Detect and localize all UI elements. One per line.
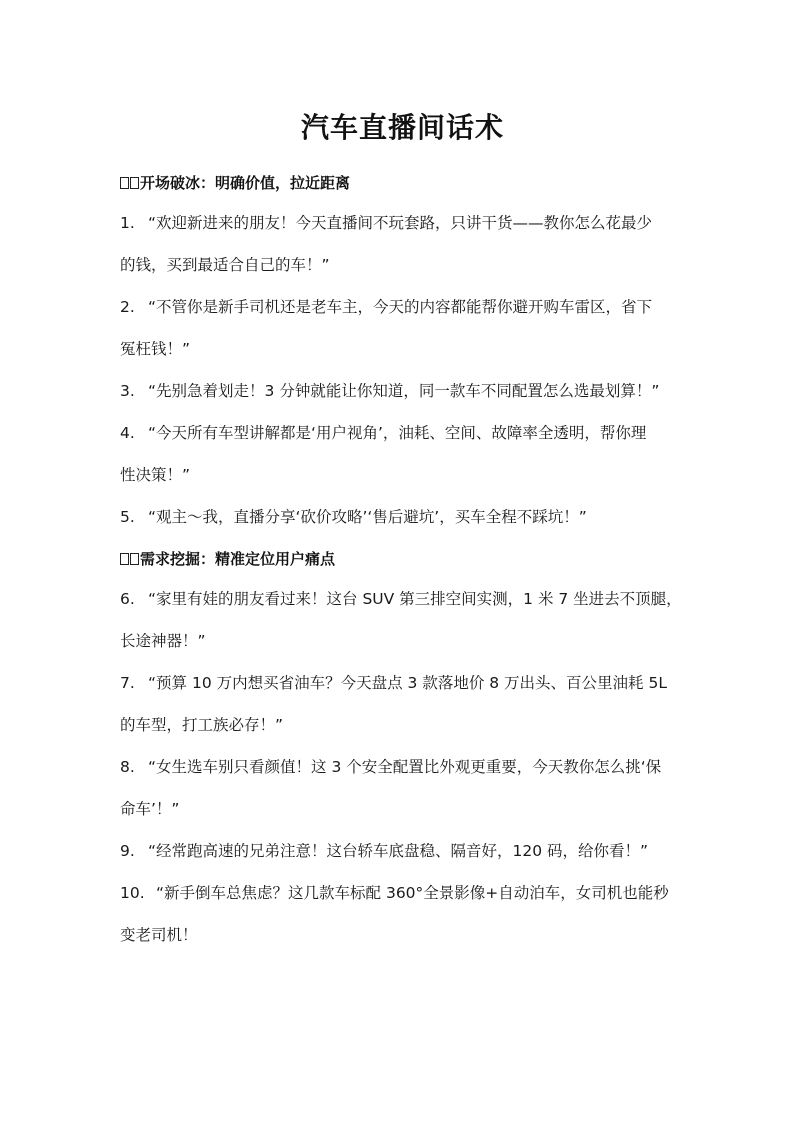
list-item-line: 1.“欢迎新进来的朋友！今天直播间不玩套路，只讲干货——教你怎么花最少 — [120, 202, 685, 244]
item-text: “观主～我，直播分享‘砍价攻略’‘售后避坑’，买车全程不踩坑！” — [148, 508, 587, 526]
list-item-2: 2.“不管你是新手司机还是老车主，今天的内容都能帮你避开购车雷区，省下 冤枉钱！… — [120, 286, 685, 370]
item-text: “女生选车别只看颜值！这 3 个安全配置比外观更重要，今天教你怎么挑‘保 — [148, 758, 661, 776]
section-heading-needs: 需求挖掘：精准定位用户痛点 — [120, 548, 335, 570]
document-title: 汽车直播间话术 — [120, 108, 685, 148]
item-number: 9. — [120, 830, 142, 872]
item-number: 10. — [120, 872, 150, 914]
list-item-line: 6.“家里有娃的朋友看过来！这台 SUV 第三排空间实测，1 米 7 坐进去不顶… — [120, 578, 685, 620]
item-text: “欢迎新进来的朋友！今天直播间不玩套路，只讲干货——教你怎么花最少 — [148, 214, 652, 232]
list-item-line: 9.“经常跑高速的兄弟注意！这台轿车底盘稳、隔音好，120 码，给你看！” — [120, 830, 685, 872]
list-item-line: 的车型，打工族必存！” — [120, 704, 685, 746]
list-item-line: 7.“预算 10 万内想买省油车？今天盘点 3 款落地价 8 万出头、百公里油耗… — [120, 662, 685, 704]
list-item-line: 长途神器！” — [120, 620, 685, 662]
list-item-9: 9.“经常跑高速的兄弟注意！这台轿车底盘稳、隔音好，120 码，给你看！” — [120, 830, 685, 872]
missing-glyph-icon — [130, 177, 139, 189]
item-number: 5. — [120, 496, 142, 538]
list-item-line: 变老司机！ — [120, 914, 685, 956]
item-text: “今天所有车型讲解都是‘用户视角’，油耗、空间、故障率全透明，帮你理 — [148, 424, 646, 442]
item-text: “预算 10 万内想买省油车？今天盘点 3 款落地价 8 万出头、百公里油耗 5… — [148, 674, 667, 692]
list-item-line: 冤枉钱！” — [120, 328, 685, 370]
list-item-line: 命车’！” — [120, 788, 685, 830]
item-text: “不管你是新手司机还是老车主，今天的内容都能帮你避开购车雷区，省下 — [148, 298, 652, 316]
item-number: 1. — [120, 202, 142, 244]
list-item-7: 7.“预算 10 万内想买省油车？今天盘点 3 款落地价 8 万出头、百公里油耗… — [120, 662, 685, 746]
item-number: 8. — [120, 746, 142, 788]
list-item-line: 性决策！” — [120, 454, 685, 496]
section-heading-text: 开场破冰：明确价值，拉近距离 — [140, 174, 350, 192]
item-text: “经常跑高速的兄弟注意！这台轿车底盘稳、隔音好，120 码，给你看！” — [148, 842, 648, 860]
item-number: 7. — [120, 662, 142, 704]
list-item-8: 8.“女生选车别只看颜值！这 3 个安全配置比外观更重要，今天教你怎么挑‘保 命… — [120, 746, 685, 830]
item-text: “先别急着划走！3 分钟就能让你知道，同一款车不同配置怎么选最划算！” — [148, 382, 659, 400]
item-number: 4. — [120, 412, 142, 454]
list-item-line: 3.“先别急着划走！3 分钟就能让你知道，同一款车不同配置怎么选最划算！” — [120, 370, 685, 412]
list-item-line: 的钱，买到最适合自己的车！” — [120, 244, 685, 286]
missing-glyph-icon — [120, 553, 129, 565]
item-number: 6. — [120, 578, 142, 620]
list-item-3: 3.“先别急着划走！3 分钟就能让你知道，同一款车不同配置怎么选最划算！” — [120, 370, 685, 412]
item-text: “家里有娃的朋友看过来！这台 SUV 第三排空间实测，1 米 7 坐进去不顶腿， — [148, 590, 682, 608]
missing-glyph-icon — [120, 177, 129, 189]
list-item-line: 10.“新手倒车总焦虑？这几款车标配 360°全景影像+自动泊车，女司机也能秒 — [120, 872, 685, 914]
item-number: 2. — [120, 286, 142, 328]
list-item-line: 5.“观主～我，直播分享‘砍价攻略’‘售后避坑’，买车全程不踩坑！” — [120, 496, 685, 538]
missing-glyph-icon — [130, 553, 139, 565]
list-item-line: 8.“女生选车别只看颜值！这 3 个安全配置比外观更重要，今天教你怎么挑‘保 — [120, 746, 685, 788]
list-item-10: 10.“新手倒车总焦虑？这几款车标配 360°全景影像+自动泊车，女司机也能秒 … — [120, 872, 685, 956]
section-heading-icebreaker: 开场破冰：明确价值，拉近距离 — [120, 172, 350, 194]
list-item-1: 1.“欢迎新进来的朋友！今天直播间不玩套路，只讲干货——教你怎么花最少 的钱，买… — [120, 202, 685, 286]
list-item-5: 5.“观主～我，直播分享‘砍价攻略’‘售后避坑’，买车全程不踩坑！” — [120, 496, 685, 538]
item-text: “新手倒车总焦虑？这几款车标配 360°全景影像+自动泊车，女司机也能秒 — [156, 884, 669, 902]
item-number: 3. — [120, 370, 142, 412]
section-heading-text: 需求挖掘：精准定位用户痛点 — [140, 550, 335, 568]
list-item-line: 4.“今天所有车型讲解都是‘用户视角’，油耗、空间、故障率全透明，帮你理 — [120, 412, 685, 454]
list-item-6: 6.“家里有娃的朋友看过来！这台 SUV 第三排空间实测，1 米 7 坐进去不顶… — [120, 578, 685, 662]
list-item-line: 2.“不管你是新手司机还是老车主，今天的内容都能帮你避开购车雷区，省下 — [120, 286, 685, 328]
list-item-4: 4.“今天所有车型讲解都是‘用户视角’，油耗、空间、故障率全透明，帮你理 性决策… — [120, 412, 685, 496]
